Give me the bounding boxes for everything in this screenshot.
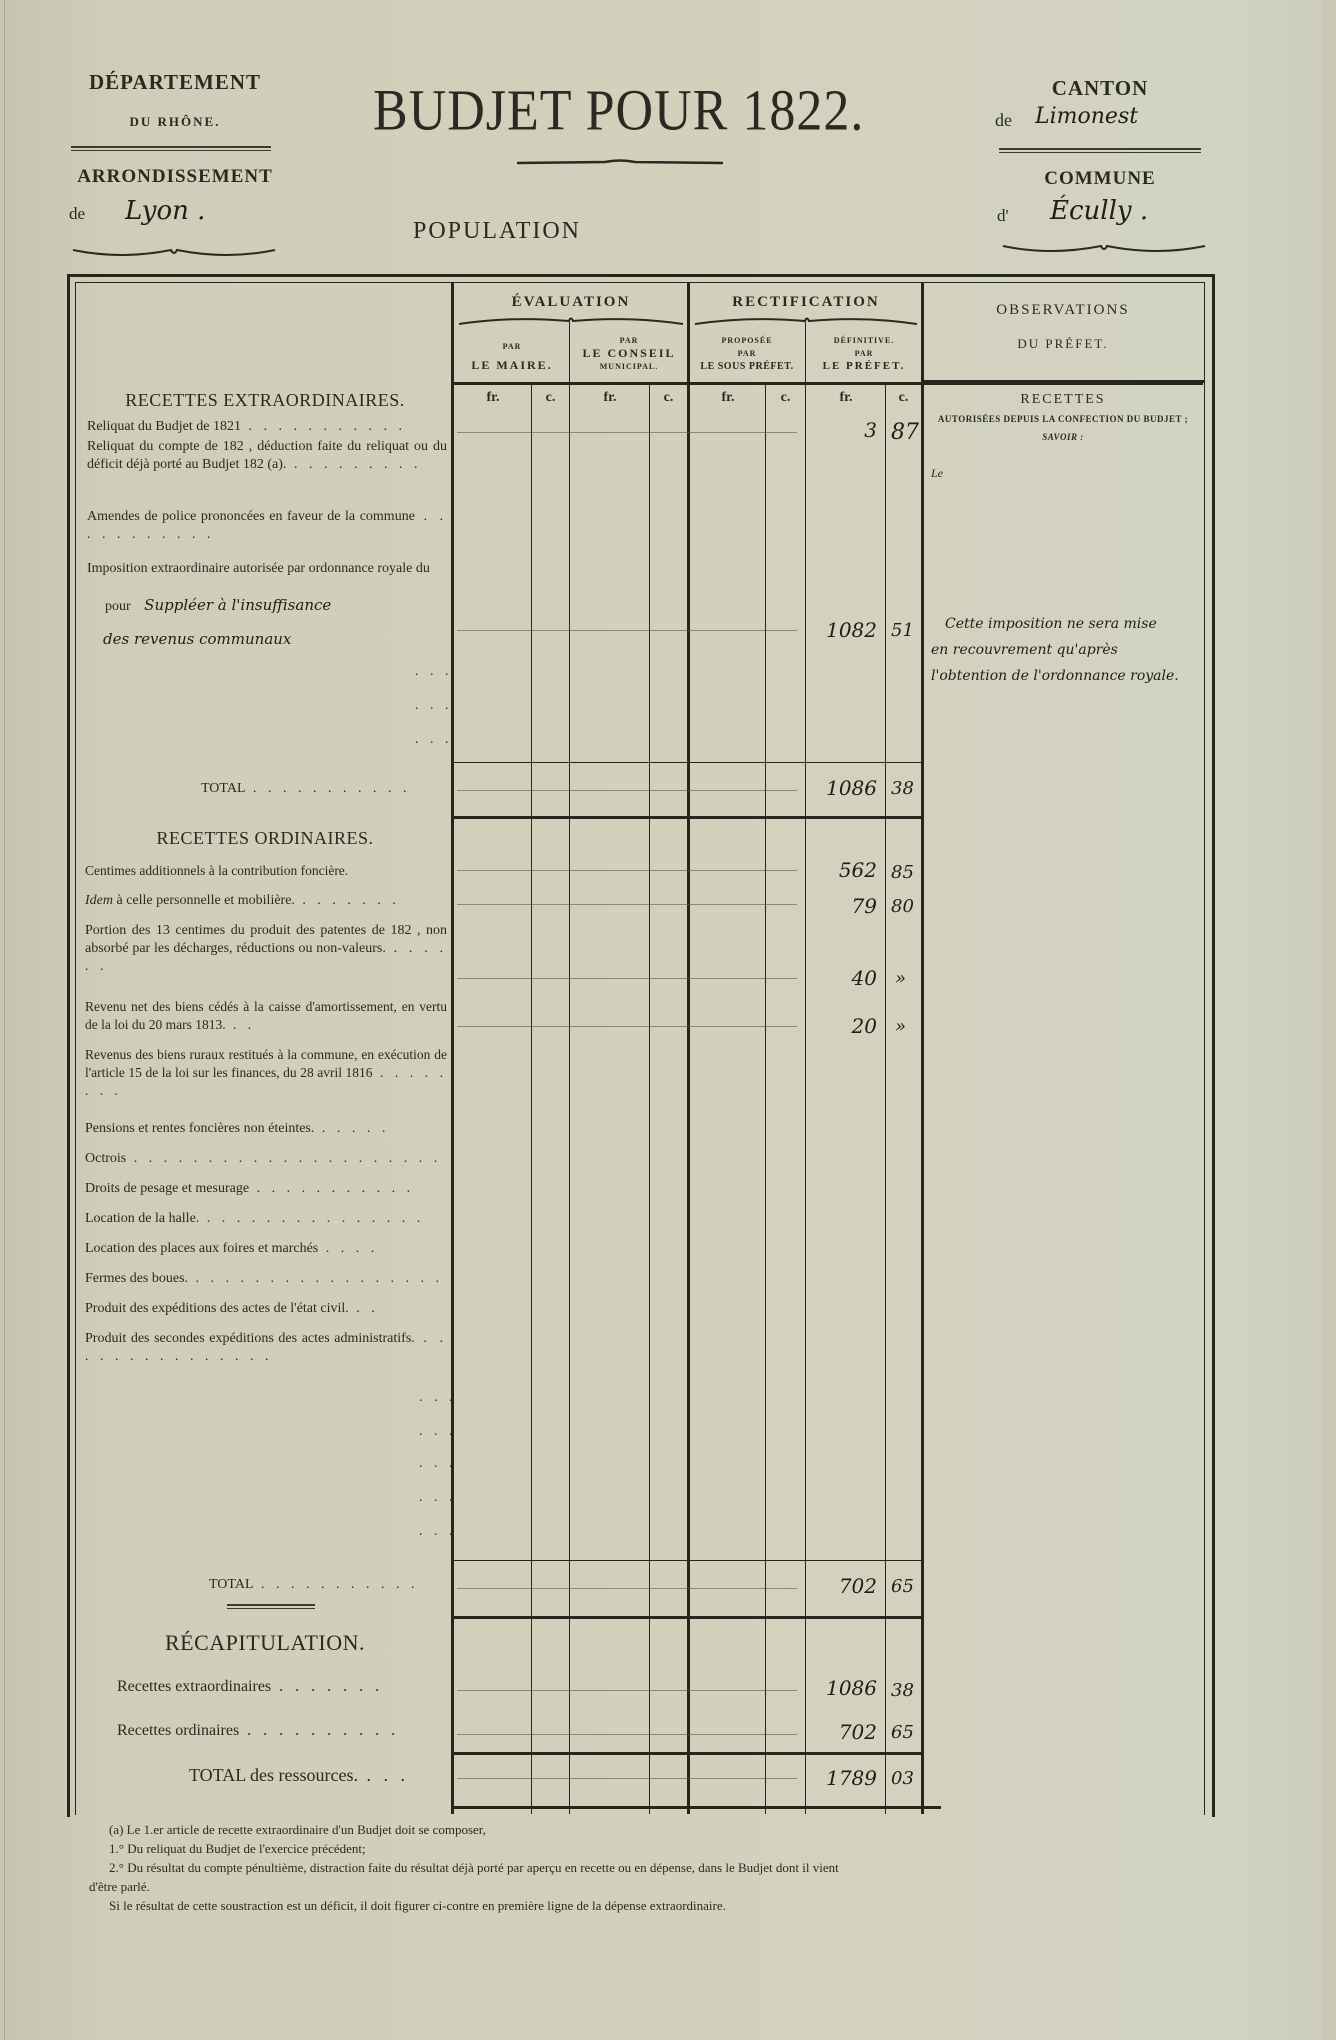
rectification-header: RECTIFICATION xyxy=(691,294,921,311)
value-fr: 3 xyxy=(811,418,877,442)
row-amendes: Amendes de police prononcées en faveur d… xyxy=(87,508,447,544)
row-imposition-hand: des revenus communaux xyxy=(103,630,291,648)
row-octrois: Octrois . . . . . . . . . . . . . . . . … xyxy=(85,1150,447,1168)
row-pensions: Pensions et rentes foncières non éteinte… xyxy=(85,1120,447,1138)
brace-ornament xyxy=(457,316,685,326)
col-divider xyxy=(649,384,650,1814)
departement-label: DÉPARTEMENT xyxy=(65,70,285,95)
value-c: » xyxy=(895,968,921,989)
table-bottom-rule xyxy=(451,1806,941,1809)
blank-line-dots: . . . xyxy=(419,1424,457,1440)
row-centimes-fonciere: Centimes additionnels à la contribution … xyxy=(85,862,447,880)
unit-c: c. xyxy=(650,390,687,406)
arrondissement-prefix: de xyxy=(69,204,85,224)
population-label: POPULATION xyxy=(413,218,581,245)
value-c: » xyxy=(895,1016,921,1037)
blank-line-dots: . . . xyxy=(415,664,453,680)
blank-line-dots: . . . xyxy=(419,1490,457,1506)
recap-total-c: 03 xyxy=(891,1768,921,1789)
recap-total-label: TOTAL des ressources. . . . xyxy=(189,1766,449,1784)
value-c: 65 xyxy=(891,1722,921,1743)
title-rule xyxy=(515,158,725,168)
row-rule xyxy=(451,1616,921,1619)
strike-line xyxy=(457,1734,797,1735)
canton-prefix: de xyxy=(995,110,1012,131)
row-actes-admin: Produit des secondes expéditions des act… xyxy=(85,1330,447,1366)
value-c: 38 xyxy=(891,1680,921,1701)
arrondissement-label: ARRONDISSEMENT xyxy=(65,166,285,188)
obs-note-line: l'obtention de l'ordonnance royale. xyxy=(931,664,1179,689)
row-boues: Fermes des boues. . . . . . . . . . . . … xyxy=(85,1270,447,1288)
recap-total-fr: 1789 xyxy=(811,1766,877,1790)
unit-fr: fr. xyxy=(807,390,885,406)
row-etat-civil: Produit des expéditions des actes de l'é… xyxy=(85,1300,447,1318)
obs-note-line: en recouvrement qu'après xyxy=(931,638,1118,663)
col-par-conseil: PAR LE CONSEIL MUNICIPAL. xyxy=(571,334,687,373)
total-extraordinaires-fr: 1086 xyxy=(811,776,877,800)
row-foires: Location des places aux foires et marché… xyxy=(85,1240,447,1258)
value-fr: 20 xyxy=(811,1014,877,1038)
departement-value: DU RHÔNE. xyxy=(65,114,285,130)
blank-line-dots: . . . xyxy=(419,1390,457,1406)
arrondissement-value: Lyon . xyxy=(125,196,205,226)
footnote-line: 1.° Du reliquat du Budjet de l'exercice … xyxy=(109,1839,1249,1858)
unit-fr: fr. xyxy=(455,390,531,406)
recap-row-ordinaires: Recettes ordinaires . . . . . . . . . . xyxy=(117,1722,447,1740)
total-ordinaires-c: 65 xyxy=(891,1576,921,1597)
canton-label: CANTON xyxy=(1000,76,1200,101)
strike-line xyxy=(457,790,797,791)
blank-line-dots: . . . xyxy=(419,1524,457,1540)
blank-line-dots: . . . xyxy=(415,698,453,714)
obs-autorisees: AUTORISÉES DEPUIS LA CONFECTION DU BUDJE… xyxy=(925,414,1201,424)
section-title-extraordinaires: RECETTES EXTRAORDINAIRES. xyxy=(85,390,445,411)
strike-line xyxy=(457,870,797,871)
col-divider xyxy=(765,384,766,1814)
row-amortissement: Revenu net des biens cédés à la caisse d… xyxy=(85,998,447,1034)
total-ordinaires-label: TOTAL . . . . . . . . . . . xyxy=(209,1576,449,1594)
unit-c: c. xyxy=(766,390,805,406)
value-c: 51 xyxy=(891,620,921,641)
row-idem-personnelle: Idem à celle personnelle et mobilière. .… xyxy=(85,892,447,910)
total-ordinaires-fr: 702 xyxy=(811,1574,877,1598)
unit-fr: fr. xyxy=(691,390,765,406)
value-c: 85 xyxy=(891,862,921,883)
row-rule xyxy=(451,762,921,763)
blank-line-dots: . . . xyxy=(419,1456,457,1472)
strike-line xyxy=(457,1690,797,1691)
page-title: BUDJET POUR 1822. xyxy=(373,78,864,144)
row-imposition-pour: pour Suppléer à l'insuffisance xyxy=(105,596,445,616)
section-title-recap: RÉCAPITULATION. xyxy=(85,1630,445,1656)
brace-ornament xyxy=(693,316,919,326)
col-divider xyxy=(921,282,924,1814)
footnote-line: d'être parlé. xyxy=(89,1877,1249,1896)
col-divider xyxy=(687,282,690,1814)
total-extraordinaires-label: TOTAL . . . . . . . . . . . xyxy=(201,780,447,798)
strike-line xyxy=(457,1588,797,1589)
col-sous-prefet: PROPOSÉE PAR LE SOUS PRÉFET. xyxy=(689,334,805,373)
row-imposition: Imposition extraordinaire autorisée par … xyxy=(87,560,447,578)
departement-rule xyxy=(71,146,271,151)
value-c: 80 xyxy=(891,896,921,917)
canton-value: Limonest xyxy=(1035,104,1138,129)
commune-label: COMMUNE xyxy=(1000,168,1200,190)
col-divider xyxy=(805,318,806,1814)
obs-header-rule xyxy=(923,380,1205,383)
strike-line xyxy=(457,630,797,631)
strike-line xyxy=(457,978,797,979)
row-rule xyxy=(451,816,921,819)
value-c: 87 xyxy=(891,420,921,445)
value-fr: 1086 xyxy=(811,1676,877,1700)
row-biens-ruraux: Revenus des biens ruraux restitués à la … xyxy=(85,1046,447,1100)
observations-header-sub: DU PRÉFET. xyxy=(925,336,1201,352)
col-par-maire: PAR LE MAIRE. xyxy=(455,340,569,372)
unit-fr: fr. xyxy=(571,390,649,406)
strike-line xyxy=(457,1778,797,1779)
observations-header: OBSERVATIONS xyxy=(925,302,1201,319)
strike-line xyxy=(457,1026,797,1027)
unit-c: c. xyxy=(532,390,569,406)
canton-rule xyxy=(999,148,1201,153)
value-fr: 702 xyxy=(811,1720,877,1744)
footnote-line: 2.° Du résultat du compte pénultième, di… xyxy=(109,1858,1249,1877)
col-prefet: DÉFINITIVE. PAR LE PRÉFET. xyxy=(807,334,921,373)
obs-note-line: Cette imposition ne sera mise xyxy=(945,612,1157,637)
row-rule xyxy=(451,1752,921,1755)
budget-sheet: DÉPARTEMENT DU RHÔNE. ARRONDISSEMENT de … xyxy=(4,0,1323,2040)
blank-line-dots: . . . xyxy=(415,732,453,748)
value-fr: 562 xyxy=(811,858,877,882)
row-rule xyxy=(451,1560,921,1561)
value-fr: 1082 xyxy=(811,618,877,642)
row-halle: Location de la halle. . . . . . . . . . … xyxy=(85,1210,447,1228)
swash-ornament xyxy=(1001,240,1207,256)
swash-ornament xyxy=(71,244,277,260)
unit-c: c. xyxy=(886,390,921,406)
total-extraordinaires-c: 38 xyxy=(891,778,921,799)
section-title-ordinaires: RECETTES ORDINAIRES. xyxy=(85,828,445,849)
commune-prefix: d' xyxy=(997,206,1009,226)
row-reliquat-compte: Reliquat du compte de 182 , déduction fa… xyxy=(87,438,447,474)
obs-recettes: RECETTES xyxy=(925,392,1201,408)
row-pesage: Droits de pesage et mesurage . . . . . .… xyxy=(85,1180,447,1198)
commune-value: Écully . xyxy=(1050,196,1148,226)
footnote: (a) Le 1.er article de recette extraordi… xyxy=(109,1820,1249,1915)
col-divider xyxy=(531,384,532,1814)
strike-line xyxy=(457,904,797,905)
obs-savoir: SAVOIR : xyxy=(925,432,1201,442)
evaluation-header: ÉVALUATION xyxy=(455,294,687,311)
row-patentes: Portion des 13 centimes du produit des p… xyxy=(85,922,447,976)
row-reliquat-budjet: Reliquat du Budjet de 1821 . . . . . . .… xyxy=(87,418,447,436)
value-fr: 79 xyxy=(811,894,877,918)
col-divider xyxy=(451,282,454,1814)
strike-line xyxy=(457,432,797,433)
col-divider xyxy=(885,384,886,1814)
value-fr: 40 xyxy=(811,966,877,990)
footnote-line: Si le résultat de cette soustraction est… xyxy=(109,1896,1249,1915)
obs-le: Le xyxy=(931,466,943,481)
recap-rule xyxy=(227,1604,315,1609)
footnote-line: (a) Le 1.er article de recette extraordi… xyxy=(109,1820,1249,1839)
recap-row-extraordinaires: Recettes extraordinaires . . . . . . . xyxy=(117,1678,447,1696)
col-divider xyxy=(569,318,570,1814)
